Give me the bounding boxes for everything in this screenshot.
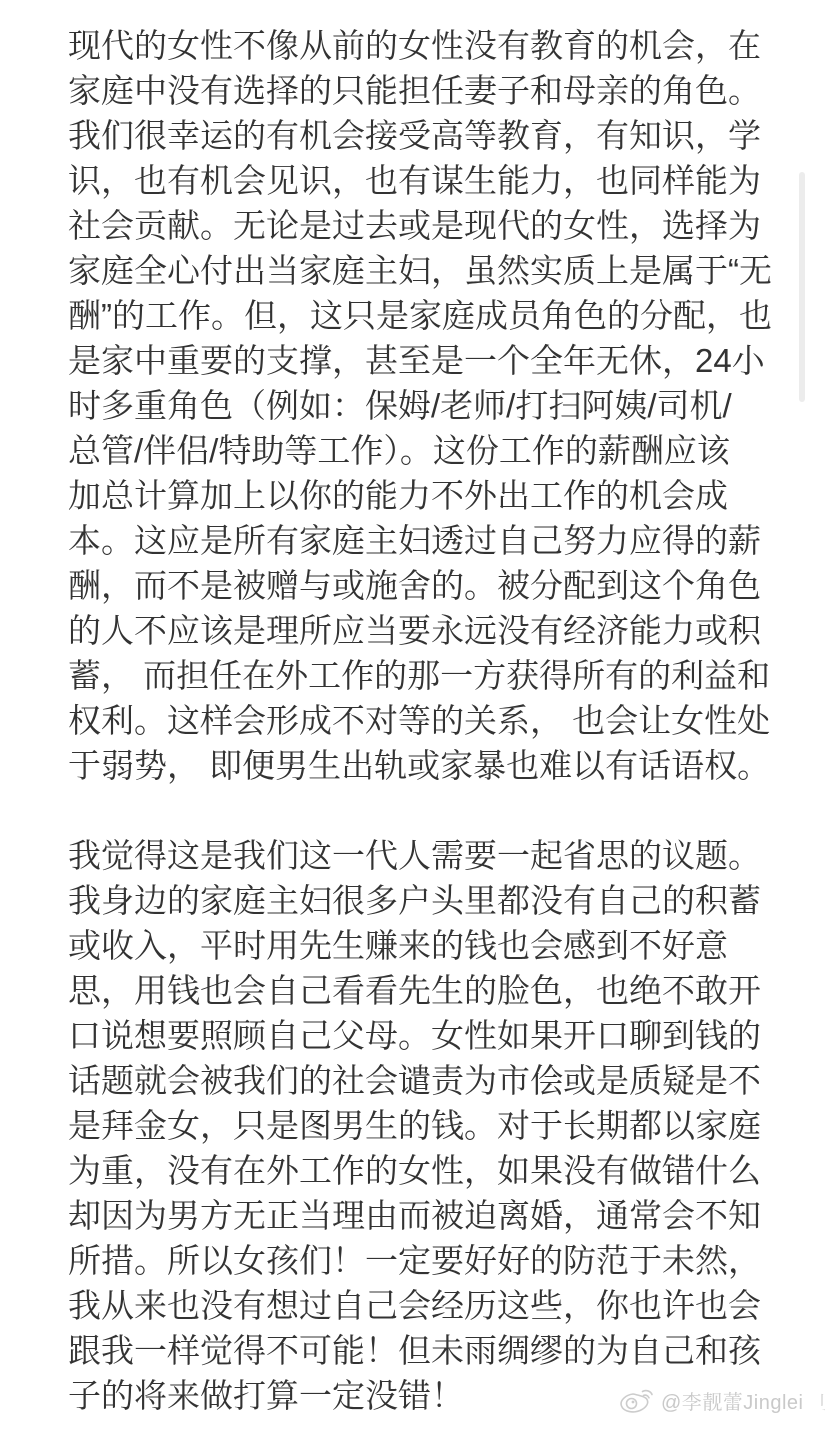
text-line: 酬，而不是被赠与或施舍的。被分配到这个角色 (68, 563, 768, 608)
text-line: 或收入，平时用先生赚来的钱也会感到不好意 (68, 923, 768, 968)
post-screenshot: { "page": { "background": "#ffffff", "te… (0, 0, 825, 1429)
watermark-handle: @李靓蕾Jinglei (661, 1386, 804, 1415)
text-line: 我们很幸运的有机会接受高等教育，有知识，学 (68, 113, 768, 158)
text-line: 权利。这样会形成不对等的关系， 也会让女性处 (68, 698, 768, 743)
text-line: 所措。所以女孩们！一定要好好的防范于未然， (68, 1238, 768, 1283)
text-line: 我觉得这是我们这一代人需要一起省思的议题。 (68, 833, 768, 878)
text-line: 我从来也没有想过自己会经历这些，你也许也会 (68, 1283, 768, 1328)
weibo-icon (618, 1385, 654, 1415)
text-line: 酬”的工作。但，这只是家庭成员角色的分配，也 (68, 293, 768, 338)
watermark-cut-fragment: 刂 (811, 1386, 825, 1415)
watermark: @李靓蕾Jinglei 刂 (618, 1383, 825, 1417)
text-line: 识，也有机会见识，也有谋生能力，也同样能为 (68, 158, 768, 203)
text-line: 家庭全心付出当家庭主妇，虽然实质上是属于“无 (68, 248, 768, 293)
text-line: 本。这应是所有家庭主妇透过自己努力应得的薪 (68, 518, 768, 563)
text-line: 跟我一样觉得不可能！但未雨绸缪的为自己和孩 (68, 1328, 768, 1373)
text-line: 我身边的家庭主妇很多户头里都没有自己的积蓄 (68, 878, 768, 923)
text-line: 口说想要照顾自己父母。女性如果开口聊到钱的 (68, 1013, 768, 1058)
paragraph: 我觉得这是我们这一代人需要一起省思的议题。我身边的家庭主妇很多户头里都没有自己的… (68, 833, 768, 1418)
text-line: 社会贡献。无论是过去或是现代的女性，选择为 (68, 203, 768, 248)
text-line: 时多重角色（例如：保姆/老师/打扫阿姨/司机/ (68, 383, 768, 428)
text-line: 蓄， 而担任在外工作的那一方获得所有的利益和 (68, 653, 768, 698)
text-line: 家庭中没有选择的只能担任妻子和母亲的角色。 (68, 68, 768, 113)
text-line: 却因为男方无正当理由而被迫离婚，通常会不知 (68, 1193, 768, 1238)
text-line: 是拜金女，只是图男生的钱。对于长期都以家庭 (68, 1103, 768, 1148)
post-text: 现代的女性不像从前的女性没有教育的机会，在家庭中没有选择的只能担任妻子和母亲的角… (68, 23, 768, 1418)
text-line: 思，用钱也会自己看看先生的脸色，也绝不敢开 (68, 968, 768, 1013)
text-line: 加总计算加上以你的能力不外出工作的机会成 (68, 473, 768, 518)
text-line: 总管/伴侣/特助等工作）。这份工作的薪酬应该 (68, 428, 768, 473)
text-line: 于弱势， 即便男生出轨或家暴也难以有话语权。 (68, 743, 768, 788)
scrollbar-thumb[interactable] (799, 172, 805, 402)
text-line: 为重，没有在外工作的女性，如果没有做错什么 (68, 1148, 768, 1193)
text-line: 现代的女性不像从前的女性没有教育的机会，在 (68, 23, 768, 68)
paragraph: 现代的女性不像从前的女性没有教育的机会，在家庭中没有选择的只能担任妻子和母亲的角… (68, 23, 768, 788)
text-line: 的人不应该是理所应当要永远没有经济能力或积 (68, 608, 768, 653)
text-line: 话题就会被我们的社会谴责为市侩或是质疑是不 (68, 1058, 768, 1103)
text-line: 是家中重要的支撑，甚至是一个全年无休，24小 (68, 338, 768, 383)
